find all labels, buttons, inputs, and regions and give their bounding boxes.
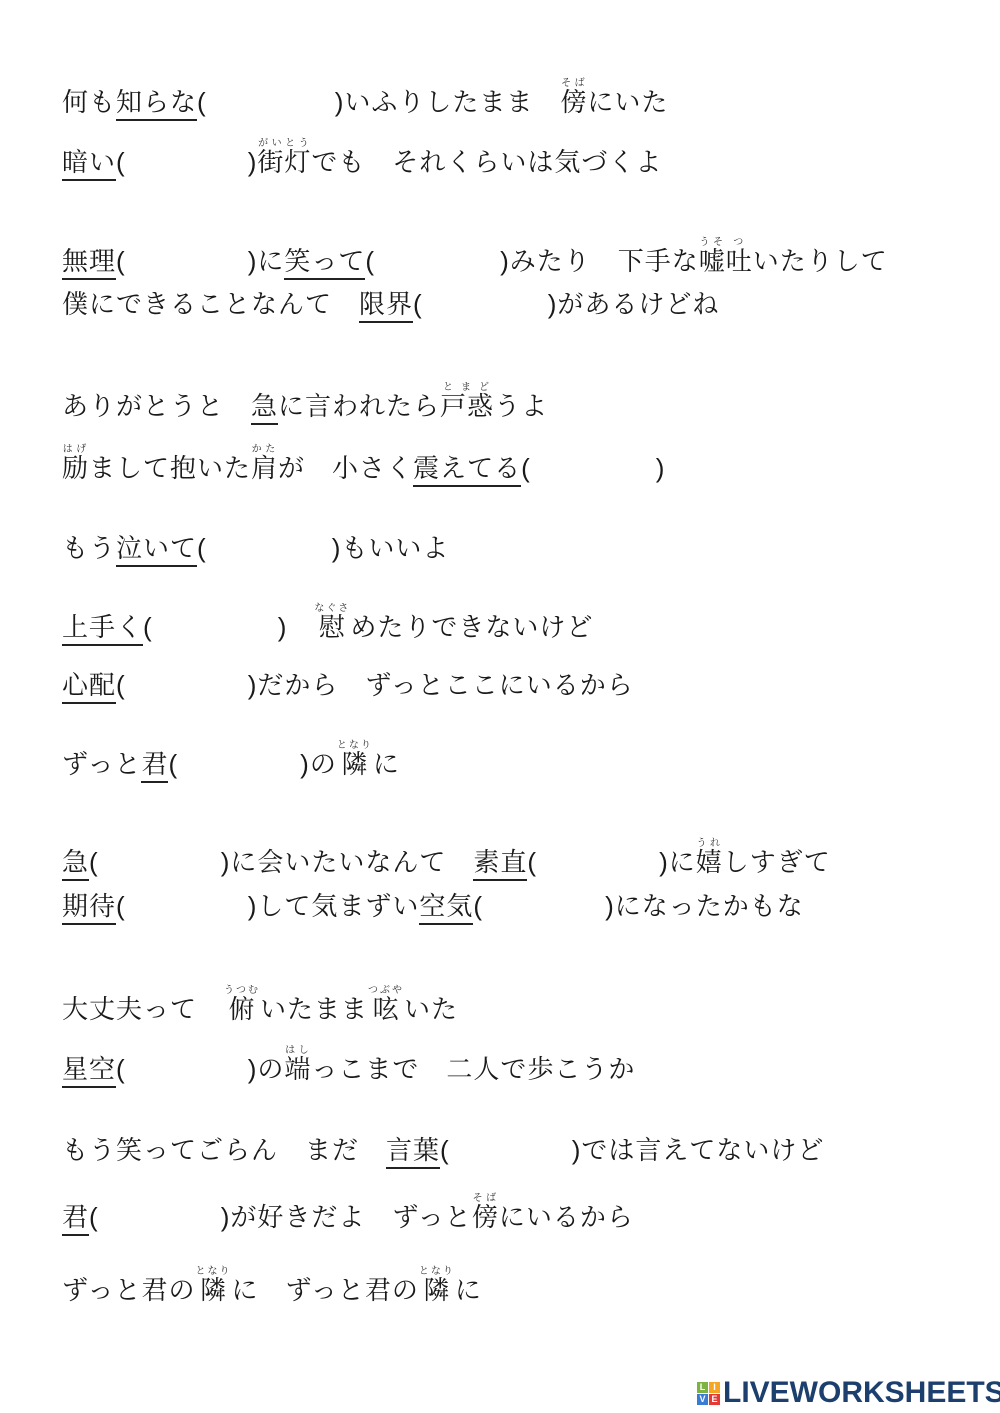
close-paren: ) [659,847,669,877]
answer-input[interactable] [126,244,248,270]
answer-input[interactable] [375,244,500,270]
answer-input[interactable] [450,1133,572,1159]
underlined-word: 暗い [62,148,116,181]
open-paren: ( [116,1054,126,1084]
answer-blank[interactable]: () [116,668,257,696]
kanji: 隣 [195,1276,231,1306]
close-paren: ) [332,533,342,563]
answer-blank[interactable]: () [521,451,665,479]
lyric-text: もう笑ってごらん まだ [62,1136,386,1166]
lyric-text: の [257,1055,284,1085]
kanji: 慰 [314,613,350,643]
lyric-line: 心配()だから ずっとここにいるから [62,668,634,704]
furigana-reading: そば [472,1193,499,1204]
kanji: 戸惑 [440,392,494,422]
furigana-reading: はし [284,1045,311,1056]
lyric-text: うよ [494,392,548,422]
lyric-text: があるけどね [557,290,719,320]
lyric-text: が 小さく [278,454,413,484]
close-paren: ) [248,670,258,700]
furigana-word: 慰なぐさ [314,613,350,643]
answer-input[interactable] [537,845,659,871]
underlined-word: 空気 [419,892,473,925]
lyric-text: めたりできないけど [350,613,593,643]
furigana-word: 俯うつむ [224,995,260,1025]
lyric-text: にいるから [499,1203,634,1233]
furigana-reading: なぐさ [314,603,350,614]
lyric-text: 何も [62,88,116,118]
lyric-text: ありがとうと [62,392,251,422]
open-paren: ( [527,847,537,877]
lyric-text: して気まずい [257,892,419,922]
close-paren: ) [656,453,666,483]
close-paren: ) [248,246,258,276]
lyric-line: もう泣いて()もいいよ [62,531,449,567]
underlined-word: 泣いて [116,534,197,567]
answer-blank[interactable]: () [527,845,668,873]
furigana-reading: がいとう [257,138,311,149]
open-paren: ( [89,847,99,877]
logo-cell-l: L [697,1382,708,1393]
lyric-line: ありがとうと 急に言われたら戸惑とまどうよ [62,382,548,425]
answer-input[interactable] [126,145,248,171]
underlined-word: 心配 [62,671,116,704]
underlined-word: 無理 [62,247,116,280]
lyric-text [287,613,314,643]
liveworksheets-logo: L I V E LIVEWORKSHEETS [697,1378,1000,1408]
underlined-word: 君 [62,1203,89,1236]
furigana-word: 傍そば [472,1203,499,1233]
logo-cell-v: V [697,1394,708,1405]
lyric-line: 君()が好きだよ ずっと傍そばにいるから [62,1193,634,1236]
lyric-line: 大丈夫って 俯うつむいたまま呟つぶやいた [62,985,458,1025]
lyric-text: に [257,247,284,277]
underlined-word: 言葉 [386,1136,440,1169]
kanji: 吐 [726,247,753,277]
furigana-reading: かた [251,444,278,455]
furigana-reading: とまど [440,382,494,393]
furigana-reading: うつむ [224,985,260,996]
close-paren: ) [335,87,345,117]
open-paren: ( [197,87,207,117]
kanji: 呟 [368,995,404,1025]
underlined-word: 君 [141,750,168,783]
open-paren: ( [440,1135,450,1165]
open-paren: ( [197,533,207,563]
open-paren: ( [143,612,153,642]
close-paren: ) [248,147,258,177]
lyric-text: になったかもな [615,892,804,922]
lyric-line: 励はげまして抱いた肩かたが 小さく震えてる() [62,444,665,487]
furigana-word: 傍そば [560,88,587,118]
furigana-reading: そば [560,78,587,89]
answer-input[interactable] [207,531,332,557]
answer-input[interactable] [126,1052,248,1078]
furigana-word: 嬉うれ [696,848,723,878]
lyric-text: に会いたいなんて [230,848,473,878]
lyric-text: に言われたら [278,392,440,422]
lyric-text: いたりして [753,247,888,277]
kanji: 隣 [419,1276,455,1306]
lyric-text: ずっと君の [62,1276,195,1306]
close-paren: ) [248,891,258,921]
answer-input[interactable] [126,668,248,694]
furigana-reading: うそ [699,237,726,248]
lyric-text: いふりしたまま [344,88,560,118]
answer-blank[interactable]: () [89,1200,230,1228]
lyric-line: 星空()の端はしっこまで 二人で歩こうか [62,1045,635,1088]
furigana-word: 隣となり [195,1276,231,1306]
close-paren: ) [248,1054,258,1084]
lyric-text: では言えてないけど [581,1136,824,1166]
furigana-word: 街灯がいとう [257,148,311,178]
lyric-text: でも それくらいは気づくよ [311,148,662,178]
open-paren: ( [521,453,531,483]
answer-input[interactable] [99,845,221,871]
open-paren: ( [89,1202,99,1232]
close-paren: ) [605,891,615,921]
lyric-text: にいた [587,88,668,118]
close-paren: ) [278,612,288,642]
kanji: 励 [62,454,89,484]
answer-blank[interactable]: () [168,747,309,775]
lyric-text: しすぎて [723,848,831,878]
open-paren: ( [116,246,126,276]
kanji: 嘘 [699,247,726,277]
answer-input[interactable] [178,747,300,773]
underlined-word: 知らな [116,88,197,121]
answer-blank[interactable]: () [116,145,257,173]
open-paren: ( [413,289,423,319]
furigana-word: 端はし [284,1055,311,1085]
furigana-word: 隣となり [337,750,373,780]
furigana-word: 励はげ [62,454,89,484]
logo-icon: L I V E [697,1382,720,1405]
lyric-line: 暗い()街灯がいとうでも それくらいは気づくよ [62,138,662,181]
answer-blank[interactable]: () [473,889,614,917]
answer-blank[interactable]: () [365,244,509,272]
close-paren: ) [500,246,510,276]
answer-blank[interactable]: () [116,244,257,272]
logo-text: LIVEWORKSHEETS [723,1378,1000,1408]
underlined-word: 上手く [62,613,143,646]
open-paren: ( [116,891,126,921]
underlined-word: 星空 [62,1055,116,1088]
answer-blank[interactable]: () [440,1133,581,1161]
furigana-reading: つ [726,237,753,248]
lyric-text: っこまで 二人で歩こうか [311,1055,635,1085]
lyric-line: 無理()に笑って()みたり 下手な嘘うそ吐ついたりして [62,237,888,280]
kanji: 傍 [472,1203,499,1233]
answer-input[interactable] [153,610,278,636]
lyric-text: だから ずっとここにいるから [257,671,633,701]
open-paren: ( [116,147,126,177]
lyric-text: の [310,750,337,780]
furigana-word: 肩かた [251,454,278,484]
lyric-text: に [669,848,696,878]
open-paren: ( [473,891,483,921]
lyric-line: 急()に会いたいなんて 素直()に嬉うれしすぎて [62,838,831,881]
close-paren: ) [548,289,558,319]
kanji: 街灯 [257,148,311,178]
open-paren: ( [365,246,375,276]
underlined-word: 急 [62,848,89,881]
underlined-word: 素直 [473,848,527,881]
answer-input[interactable] [207,85,335,111]
furigana-word: 隣となり [419,1276,455,1306]
lyric-text: もいいよ [341,534,449,564]
underlined-word: 震えてる [413,454,521,487]
answer-blank[interactable]: () [116,1052,257,1080]
open-paren: ( [116,670,126,700]
answer-input[interactable] [99,1200,221,1226]
close-paren: ) [300,749,310,779]
underlined-word: 笑って [284,247,365,280]
furigana-reading: となり [195,1266,231,1277]
lyric-text: に ずっと君の [231,1276,418,1306]
answer-blank[interactable]: () [143,610,287,638]
furigana-reading: はげ [62,444,89,455]
furigana-reading: となり [419,1266,455,1277]
kanji: 俯 [224,995,260,1025]
lyric-line: 期待()して気まずい空気()になったかもな [62,889,804,925]
answer-input[interactable] [483,889,605,915]
answer-blank[interactable]: () [89,845,230,873]
answer-input[interactable] [531,451,656,477]
close-paren: ) [221,1202,231,1232]
lyric-line: もう笑ってごらん まだ 言葉()では言えてないけど [62,1133,824,1169]
kanji: 端 [284,1055,311,1085]
lyric-line: 何も知らな()いふりしたまま 傍そばにいた [62,78,668,121]
lyric-text: みたり 下手な [510,247,699,277]
furigana-reading: つぶや [368,985,404,996]
logo-cell-e: E [709,1394,720,1405]
lyric-text: まして抱いた [89,454,251,484]
close-paren: ) [572,1135,582,1165]
lyric-text: いた [404,995,458,1025]
lyric-text: いたまま [260,995,368,1025]
answer-blank[interactable]: () [197,531,341,559]
answer-input[interactable] [126,889,248,915]
lyric-text: 僕にできることなんて [62,290,359,320]
lyric-text: が好きだよ ずっと [230,1203,471,1233]
furigana-reading: となり [337,740,373,751]
answer-blank[interactable]: () [413,287,557,315]
kanji: 肩 [251,454,278,484]
lyric-text: 大丈夫って [62,995,224,1025]
open-paren: ( [168,749,178,779]
answer-blank[interactable]: () [116,889,257,917]
lyric-line: ずっと君()の 隣となり に [62,740,400,783]
underlined-word: 期待 [62,892,116,925]
answer-blank[interactable]: () [197,85,344,113]
furigana-word: 戸惑とまど [440,392,494,422]
lyric-text: に [455,1276,482,1306]
answer-input[interactable] [423,287,548,313]
lyric-line: ずっと君の 隣となり に ずっと君の 隣となり に [62,1266,482,1306]
lyric-text: に [373,750,400,780]
lyric-line: 僕にできることなんて 限界()があるけどね [62,287,719,323]
underlined-word: 急 [251,392,278,425]
furigana-word: 吐つ [726,247,753,277]
kanji: 隣 [337,750,373,780]
kanji: 嬉 [696,848,723,878]
underlined-word: 限界 [359,290,413,323]
lyric-text: もう [62,534,116,564]
logo-cell-i: I [709,1382,720,1393]
kanji: 傍 [560,88,587,118]
close-paren: ) [221,847,231,877]
furigana-word: 呟つぶや [368,995,404,1025]
lyric-line: 上手く() 慰なぐさめたりできないけど [62,603,593,646]
furigana-word: 嘘うそ [699,247,726,277]
furigana-reading: うれ [696,838,723,849]
lyric-text: ずっと [62,750,141,780]
